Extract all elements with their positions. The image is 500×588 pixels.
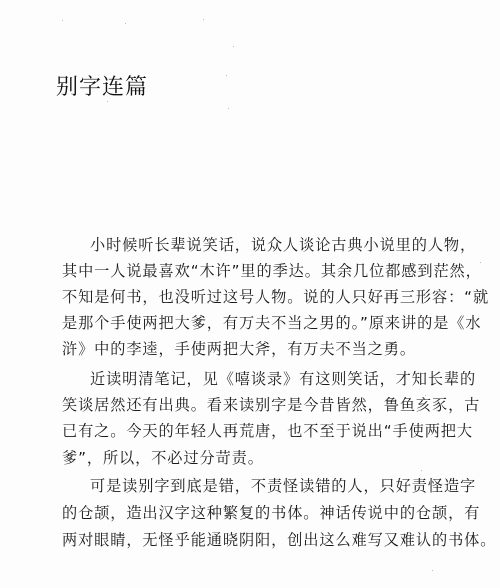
scan-speck: [125, 23, 126, 24]
scan-speck: [421, 470, 422, 471]
paragraph-2-line-1: 近读明清笔记，见《嘻谈录》有这则笑话，才知长辈的: [90, 370, 476, 388]
paragraph-1-line-1: 小时候听长辈说笑话，说众人谈论古典小说里的人物，: [90, 236, 476, 254]
page-title: 别字连篇: [56, 70, 148, 101]
paragraph-3-line-2: 的仓颉，造出汉字这种繁复的书体。神话传说中的仓颉，有: [62, 504, 480, 522]
scan-speck: [476, 510, 477, 511]
scan-speck: [228, 108, 229, 109]
scan-speck: [107, 101, 108, 102]
scan-speck: [425, 395, 426, 396]
paragraph-3-line-1: 可是读别字到底是错，不责怪读错的人，只好责怪造字: [90, 477, 476, 495]
scan-speck: [432, 570, 433, 571]
paragraph-1-line-4: 是那个手使两把大爹，有万夫不当之男的。”原来讲的是《水: [62, 314, 481, 332]
paragraph-2-line-3: 已有之。今天的年轻人再荒唐，也不至于说出“手使两把大: [62, 422, 473, 440]
scan-speck: [203, 19, 204, 20]
paragraph-2-line-4: 爹”，所以，不必过分苛责。: [62, 449, 264, 467]
scan-speck: [226, 75, 227, 76]
paragraph-1-line-3: 不知是何书，也没听过这号人物。说的人只好再三形容：“就: [62, 288, 489, 306]
paragraph-1-line-2: 其中一人说最喜欢“木许”里的季达。其余几位都感到茫然，: [62, 262, 482, 280]
document-page: 别字连篇 小时候听长辈说笑话，说众人谈论古典小说里的人物， 其中一人说最喜欢“木…: [0, 0, 500, 588]
scan-speck: [62, 20, 63, 21]
scan-speck: [480, 262, 481, 263]
scan-speck: [233, 46, 234, 47]
paragraph-3-line-3: 两对眼睛，无怪乎能通晓阴阳，创出这么难写又难认的书体。: [62, 531, 496, 549]
paragraph-2-line-2: 笑谈居然还有出典。看来读别字是今昔皆然，鲁鱼亥豕，古: [62, 396, 480, 414]
paragraph-1-line-5: 浒》中的李逵，手使两把大斧，有万夫不当之勇。: [62, 340, 416, 358]
